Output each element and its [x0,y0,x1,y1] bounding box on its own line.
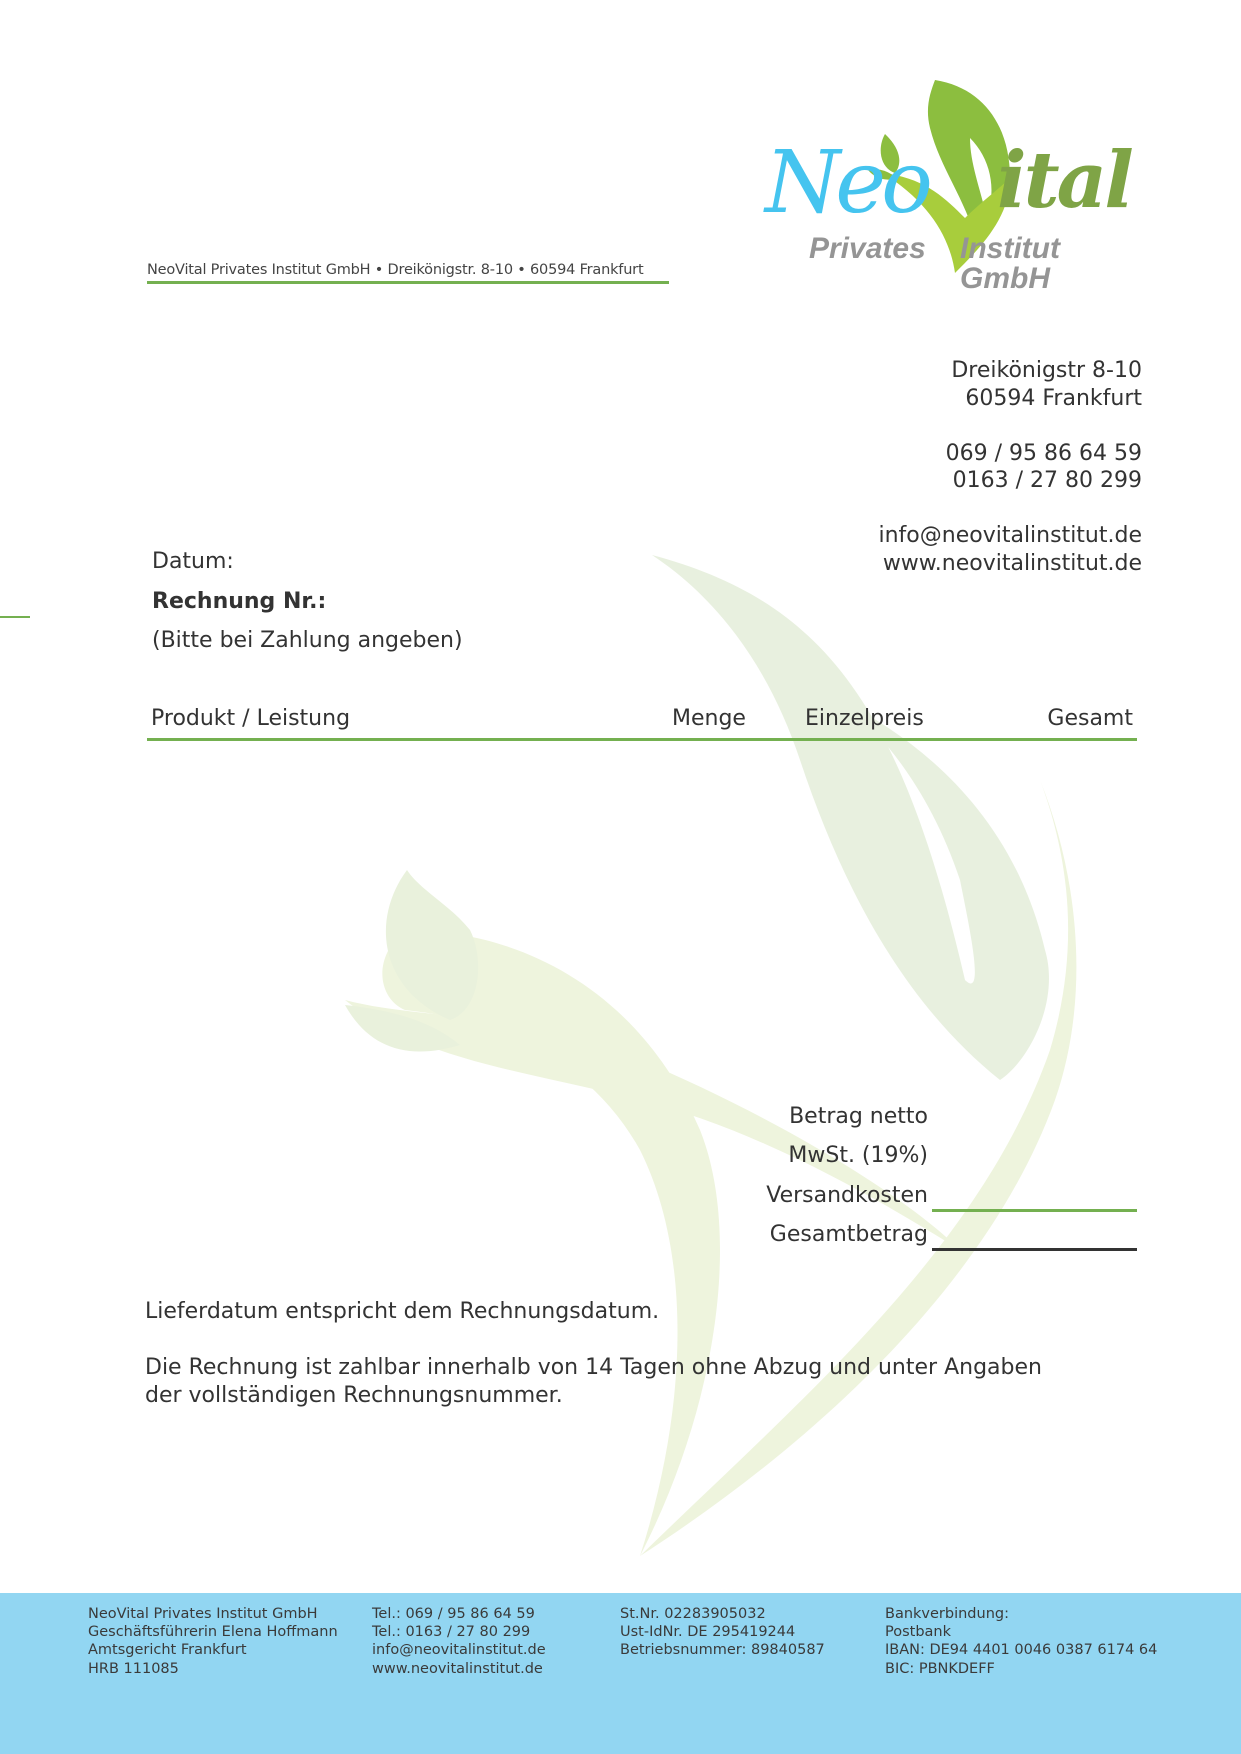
footer-email: info@neovitalinstitut.de [372,1641,546,1659]
payment-terms-line-2: der vollständigen Rechnungsnummer. [145,1382,563,1410]
footer-bank-label: Bankverbindung: [885,1605,1157,1623]
contact-web: www.neovitalinstitut.de [879,550,1143,578]
footer-company-column: NeoVital Privates Institut GmbH Geschäft… [88,1605,338,1678]
footer-bic: BIC: PBNKDEFF [885,1660,1157,1678]
column-quantity: Menge [672,706,746,731]
total-amount-label: Gesamtbetrag [770,1222,928,1247]
shipping-rule [932,1209,1137,1212]
total-rule [932,1248,1137,1251]
contact-phone-1: 069 / 95 86 64 59 [879,440,1143,468]
fold-mark [0,616,30,618]
footer-tax-column: St.Nr. 02283905032 Ust-IdNr. DE 29541924… [620,1605,825,1660]
shipping-label: Versandkosten [766,1183,928,1208]
logo-wordmark-neo: Neo [765,140,928,226]
footer-bank-column: Bankverbindung: Postbank IBAN: DE94 4401… [885,1605,1157,1678]
sender-address-line: NeoVital Privates Institut GmbH • Dreikö… [147,262,669,284]
footer-iban: IBAN: DE94 4401 0046 0387 6174 64 [885,1641,1157,1659]
footer-company-number: Betriebsnummer: 89840587 [620,1641,825,1659]
invoice-number-label: Rechnung Nr.: [152,589,326,614]
net-amount-label: Betrag netto [789,1104,928,1129]
footer-company-name: NeoVital Privates Institut GmbH [88,1605,338,1623]
logo-subtitle-institut: Institut GmbH [960,234,1150,294]
delivery-note: Lieferdatum entspricht dem Rechnungsdatu… [145,1298,659,1326]
footer-managing-director: Geschäftsführerin Elena Hoffmann [88,1623,338,1641]
column-total: Gesamt [1047,706,1133,731]
footer-tax-number: St.Nr. 02283905032 [620,1605,825,1623]
payment-terms-line-1: Die Rechnung ist zahlbar innerhalb von 1… [145,1354,1042,1382]
contact-street: Dreikönigstr 8-10 [879,357,1143,385]
contact-city: 60594 Frankfurt [879,385,1143,413]
invoice-number-hint: (Bitte bei Zahlung angeben) [152,628,463,653]
contact-email: info@neovitalinstitut.de [879,522,1143,550]
footer: NeoVital Privates Institut GmbH Geschäft… [0,1593,1241,1754]
footer-bank-name: Postbank [885,1623,1157,1641]
contact-block: Dreikönigstr 8-10 60594 Frankfurt 069 / … [879,357,1143,577]
footer-phone-1: Tel.: 069 / 95 86 64 59 [372,1605,546,1623]
footer-court: Amtsgericht Frankfurt [88,1641,338,1659]
footer-phone-2: Tel.: 0163 / 27 80 299 [372,1623,546,1641]
logo-wordmark-ital: ital [997,142,1131,220]
footer-contact-column: Tel.: 069 / 95 86 64 59 Tel.: 0163 / 27 … [372,1605,546,1678]
footer-registry: HRB 111085 [88,1660,338,1678]
date-label: Datum: [152,549,234,574]
column-unit-price: Einzelpreis [805,706,924,731]
company-logo: Neo ital Privates Institut GmbH [765,78,1150,273]
contact-phone-2: 0163 / 27 80 299 [879,467,1143,495]
column-product: Produkt / Leistung [151,706,350,731]
items-table-header: Produkt / Leistung Menge Einzelpreis Ges… [147,704,1137,741]
footer-vat-id: Ust-IdNr. DE 295419244 [620,1623,825,1641]
logo-subtitle-privates: Privates [809,234,926,264]
footer-web: www.neovitalinstitut.de [372,1660,546,1678]
vat-label: MwSt. (19%) [788,1143,928,1168]
